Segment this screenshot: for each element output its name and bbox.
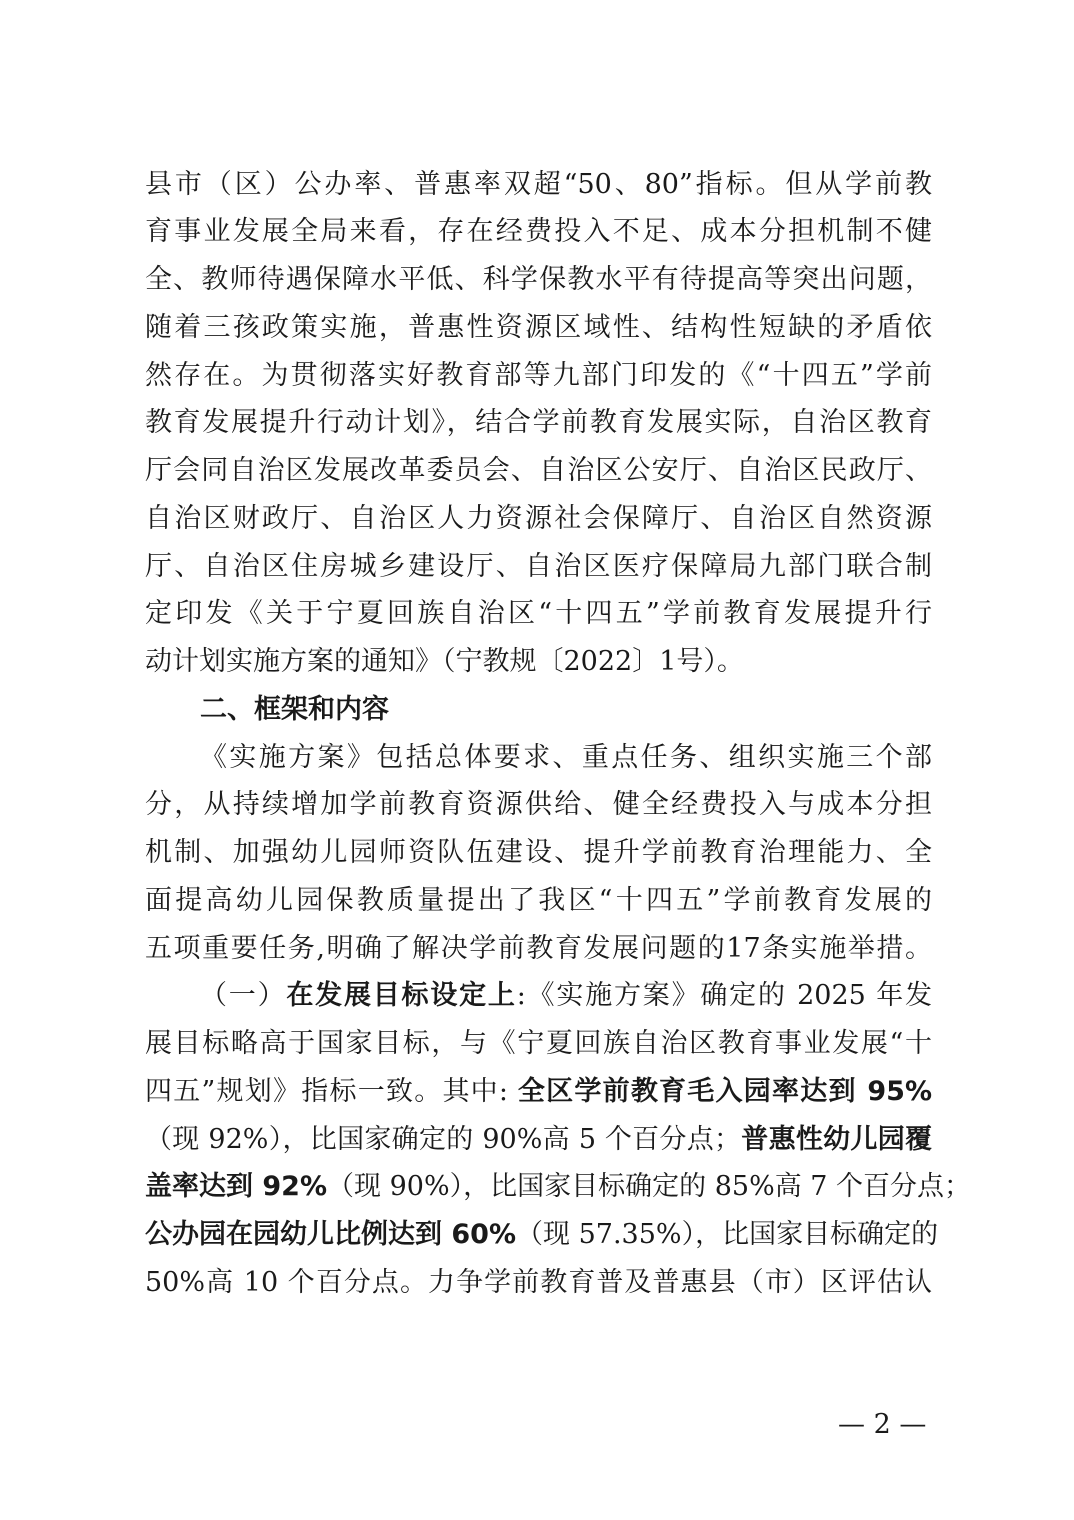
body-line: 展目标略高于国家目标，与《宁夏回族自治区教育事业发展“十 [145, 1024, 932, 1064]
highlight-target: 全区学前教育毛入园率达到 95% [518, 1076, 932, 1107]
section-heading: 二、框架和内容 [200, 690, 932, 730]
text-run: :《实施方案》确定的 2025 年发 [517, 980, 932, 1011]
body-line: 面提高幼儿园保教质量提出了我区“十四五”学前教育发展的 [145, 881, 932, 921]
body-line: 县市（区）公办率、普惠率双超“50、80”指标。但从学前教 [145, 165, 932, 205]
body-line: 动计划实施方案的通知》（宁教规〔2022〕1号）。 [145, 642, 932, 682]
body-line: 《实施方案》包括总体要求、重点任务、组织实施三个部 [200, 738, 932, 778]
highlight-target: 普惠性幼儿园覆 [741, 1124, 932, 1155]
body-line: 公办园在园幼儿比例达到 60%（现 57.35%），比国家目标确定的 [145, 1215, 932, 1255]
text-run: 四五”规划》指标一致。其中: [145, 1076, 518, 1107]
body-line: 随着三孩政策实施，普惠性资源区域性、结构性短缺的矛盾依 [145, 308, 932, 348]
document-page: 县市（区）公办率、普惠率双超“50、80”指标。但从学前教 育事业发展全局来看，… [0, 0, 1074, 1520]
body-line: 然存在。为贯彻落实好教育部等九部门印发的《“十四五”学前 [145, 356, 932, 396]
body-line: （现 92%），比国家确定的 90%高 5 个百分点；普惠性幼儿园覆 [145, 1120, 932, 1160]
highlight-target: 盖率达到 92% [145, 1171, 327, 1202]
body-line: 厅、自治区住房城乡建设厅、自治区医疗保障局九部门联合制 [145, 547, 932, 587]
text-run: （现 90%），比国家目标确定的 85%高 7 个百分点； [327, 1171, 971, 1202]
page-number: — 2 — [838, 1405, 926, 1445]
body-line: 机制、加强幼儿园师资队伍建设、提升学前教育治理能力、全 [145, 833, 932, 873]
body-line: （一）在发展目标设定上:《实施方案》确定的 2025 年发 [200, 976, 932, 1016]
body-line: 定印发《关于宁夏回族自治区“十四五”学前教育发展提升行 [145, 594, 932, 634]
body-line: 50%高 10 个百分点。力争学前教育普及普惠县（市）区评估认 [145, 1263, 932, 1303]
body-line: 育事业发展全局来看，存在经费投入不足、成本分担机制不健 [145, 212, 932, 252]
body-line: 自治区财政厅、自治区人力资源社会保障厅、自治区自然资源 [145, 499, 932, 539]
body-line: 全、教师待遇保障水平低、科学保教水平有待提高等突出问题， [145, 260, 932, 300]
text-run: （现 57.35%），比国家目标确定的 [516, 1219, 938, 1250]
body-line: 分，从持续增加学前教育资源供给、健全经费投入与成本分担 [145, 785, 932, 825]
body-line: 盖率达到 92%（现 90%），比国家目标确定的 85%高 7 个百分点； [145, 1167, 932, 1207]
subsection-title: 在发展目标设定上 [286, 980, 516, 1011]
body-line: 教育发展提升行动计划》，结合学前教育发展实际，自治区教育 [145, 403, 932, 443]
highlight-target: 公办园在园幼儿比例达到 60% [145, 1219, 516, 1250]
subsection-number: （一） [200, 980, 286, 1011]
body-line: 五项重要任务,明确了解决学前教育发展问题的17条实施举措。 [145, 929, 932, 969]
body-line: 四五”规划》指标一致。其中: 全区学前教育毛入园率达到 95% [145, 1072, 932, 1112]
text-run: （现 92%），比国家确定的 90%高 5 个百分点； [145, 1124, 741, 1155]
body-line: 厅会同自治区发展改革委员会、自治区公安厅、自治区民政厅、 [145, 451, 932, 491]
